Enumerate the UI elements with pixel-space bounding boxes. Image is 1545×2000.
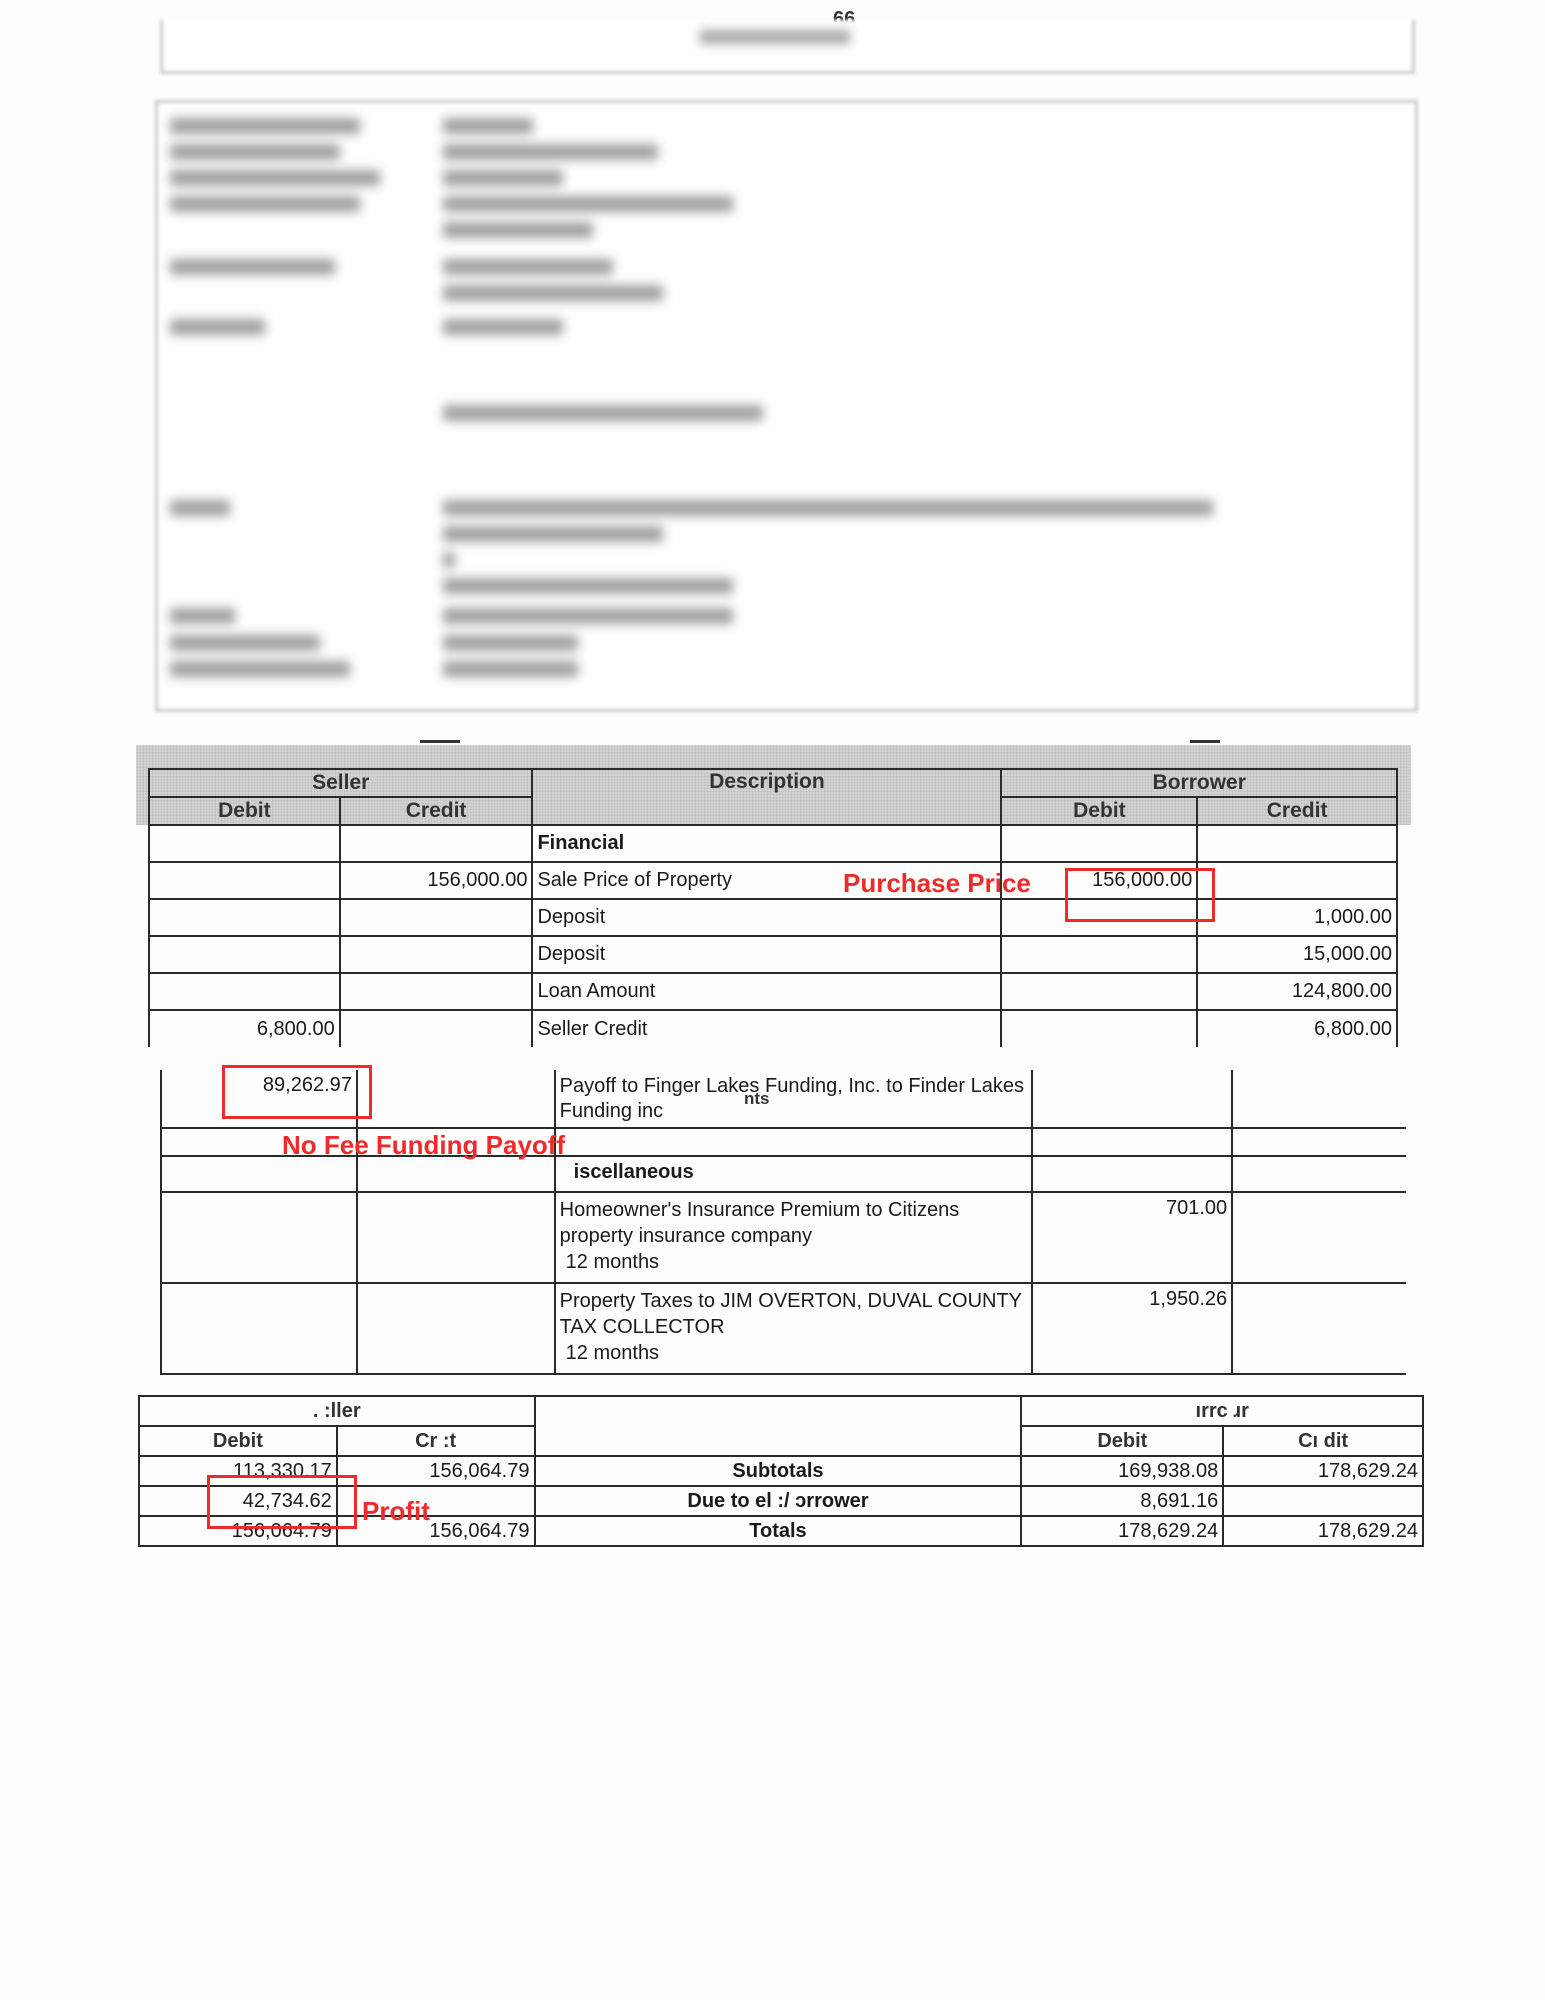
borrower-credit: 1,000.00 (1197, 899, 1397, 936)
borrower-debit (1001, 936, 1197, 973)
description: Deposit (532, 936, 1001, 973)
description-sub: 12 months (560, 1342, 659, 1364)
seller-debit (149, 862, 340, 899)
description: Loan Amount (532, 973, 1001, 1010)
borrower-credit: 15,000.00 (1197, 936, 1397, 973)
borrower-debit (1001, 973, 1197, 1010)
annotation-purchase-price: Purchase Price (843, 868, 1031, 899)
seller-credit (340, 899, 533, 936)
seller-debit: 6,800.00 (149, 1010, 340, 1047)
table-row: Loan Amount 124,800.00 (149, 973, 1397, 1010)
borrower-debit (1001, 1010, 1197, 1047)
section-row: Financial (149, 825, 1397, 862)
borrower-debit (1032, 1070, 1232, 1128)
borrower-credit: 178,629.24 (1223, 1516, 1423, 1546)
section-financial: Financial (532, 825, 1001, 862)
borrower-credit: 178,629.24 (1223, 1456, 1423, 1486)
description-header: Description (532, 769, 1001, 825)
redacted-caption (700, 30, 850, 44)
seller-credit: 156,000.00 (340, 862, 533, 899)
borrower-debit: 169,938.08 (1021, 1456, 1223, 1486)
seller-credit (340, 1010, 533, 1047)
seller-credit-header: Cr :t (337, 1426, 535, 1456)
redacted-header-strip (160, 20, 1415, 74)
seller-credit: 156,064.79 (337, 1456, 535, 1486)
redacted-settlement-info (155, 100, 1418, 712)
seller-debit-header: Debit (149, 797, 340, 825)
borrower-group-header: ırrc ɹr (1021, 1396, 1423, 1426)
row-label: Due to el :/ ɔrrower (535, 1486, 1022, 1516)
description-text: Homeowner's Insurance Premium to Citizen… (560, 1199, 960, 1247)
seller-credit (340, 973, 533, 1010)
borrower-credit (1197, 862, 1397, 899)
overlap-fragment: nts (744, 1089, 770, 1109)
seller-debit (149, 899, 340, 936)
section-miscellaneous: iscellaneous (555, 1156, 1033, 1192)
description: Deposit (532, 899, 1001, 936)
borrower-debit: 1,950.26 (1032, 1283, 1232, 1374)
annotation-box-purchase-price (1065, 868, 1215, 922)
borrower-credit-header: Cı dit (1223, 1426, 1423, 1456)
table-row: Homeowner's Insurance Premium to Citizen… (161, 1192, 1406, 1283)
description-sub: 12 months (560, 1251, 659, 1273)
seller-credit (357, 1070, 555, 1128)
table-row: Property Taxes to JIM OVERTON, DUVAL COU… (161, 1283, 1406, 1374)
borrower-debit-header: Debit (1021, 1426, 1223, 1456)
seller-debit-header: Debit (139, 1426, 337, 1456)
annotation-box-payoff (222, 1065, 372, 1119)
scan-mark (420, 740, 460, 743)
borrower-debit: 701.00 (1032, 1192, 1232, 1283)
description: Homeowner's Insurance Premium to Citizen… (555, 1192, 1033, 1283)
borrower-group-header: Borrower (1001, 769, 1397, 797)
borrower-debit: 178,629.24 (1021, 1516, 1223, 1546)
borrower-credit: 6,800.00 (1197, 1010, 1397, 1047)
description: Property Taxes to JIM OVERTON, DUVAL COU… (555, 1283, 1033, 1374)
seller-credit-header: Credit (340, 797, 533, 825)
description: Seller Credit (532, 1010, 1001, 1047)
borrower-debit-header: Debit (1001, 797, 1197, 825)
row-label: Subtotals (535, 1456, 1022, 1486)
seller-debit (149, 973, 340, 1010)
seller-credit (340, 936, 533, 973)
section-row: iscellaneous (161, 1156, 1406, 1192)
borrower-credit: 124,800.00 (1197, 973, 1397, 1010)
borrower-debit: 8,691.16 (1021, 1486, 1223, 1516)
borrower-credit (1232, 1070, 1406, 1128)
seller-group-header: . :ller (139, 1396, 535, 1426)
description-text: Property Taxes to JIM OVERTON, DUVAL COU… (560, 1290, 1022, 1338)
borrower-credit-header: Credit (1197, 797, 1397, 825)
scan-mark (1190, 740, 1220, 743)
seller-debit (149, 936, 340, 973)
totals-label-header (535, 1396, 1022, 1456)
annotation-profit: Profit (362, 1496, 430, 1527)
annotation-no-fee-funding-payoff: No Fee Funding Payoff (282, 1130, 565, 1161)
description: Payoff to Finger Lakes Funding, Inc. to … (555, 1070, 1033, 1128)
table-row: Deposit 15,000.00 (149, 936, 1397, 973)
seller-group-header: Seller (149, 769, 532, 797)
row-label: Totals (535, 1516, 1022, 1546)
annotation-box-profit (207, 1475, 357, 1529)
table-row: 6,800.00 Seller Credit 6,800.00 (149, 1010, 1397, 1047)
borrower-credit (1223, 1486, 1423, 1516)
